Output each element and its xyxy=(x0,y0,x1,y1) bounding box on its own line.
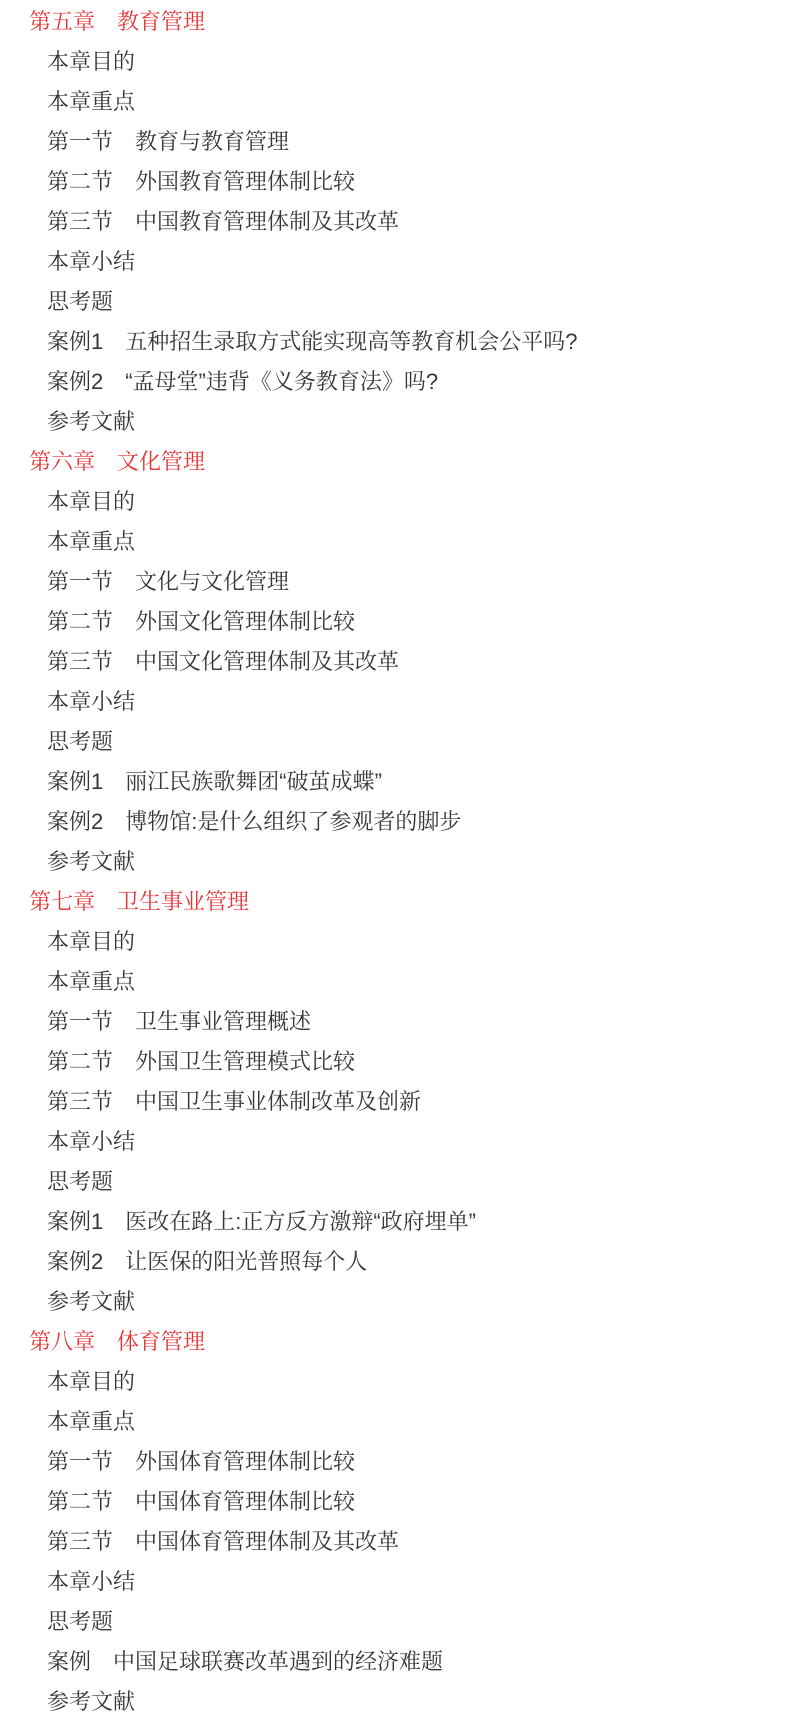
toc-item: 第三节 中国教育管理体制及其改革 xyxy=(0,202,790,242)
toc-item: 参考文献 xyxy=(0,402,790,442)
toc-item: 案例1 五种招生录取方式能实现高等教育机会公平吗? xyxy=(0,322,790,362)
toc-item: 第二节 中国体育管理体制比较 xyxy=(0,1482,790,1522)
toc-item: 案例1 医改在路上:正方反方激辩“政府埋单” xyxy=(0,1202,790,1242)
toc-item: 本章小结 xyxy=(0,682,790,722)
toc-item: 参考文献 xyxy=(0,842,790,882)
toc-item: 参考文献 xyxy=(0,1282,790,1322)
toc-item: 第一节 文化与文化管理 xyxy=(0,562,790,602)
toc-item: 本章目的 xyxy=(0,482,790,522)
toc-item: 案例 中国足球联赛改革遇到的经济难题 xyxy=(0,1642,790,1682)
toc-item: 案例2 “孟母堂”违背《义务教育法》吗? xyxy=(0,362,790,402)
chapter-section-8: 第八章 体育管理 本章目的 本章重点 第一节 外国体育管理体制比较 第二节 中国… xyxy=(0,1322,790,1720)
toc-item: 本章目的 xyxy=(0,42,790,82)
toc-item: 本章重点 xyxy=(0,962,790,1002)
toc-page: { "colors": { "chapter_title": "#e73437"… xyxy=(0,0,790,1720)
toc-item: 案例1 丽江民族歌舞团“破茧成蝶” xyxy=(0,762,790,802)
toc-item: 思考题 xyxy=(0,722,790,762)
chapter-section-7: 第七章 卫生事业管理 本章目的 本章重点 第一节 卫生事业管理概述 第二节 外国… xyxy=(0,882,790,1322)
toc-item: 第一节 卫生事业管理概述 xyxy=(0,1002,790,1042)
toc-item: 本章小结 xyxy=(0,242,790,282)
toc-item: 第一节 教育与教育管理 xyxy=(0,122,790,162)
toc-item: 第二节 外国文化管理体制比较 xyxy=(0,602,790,642)
chapter-section-6: 第六章 文化管理 本章目的 本章重点 第一节 文化与文化管理 第二节 外国文化管… xyxy=(0,442,790,882)
toc-item: 第三节 中国卫生事业体制改革及创新 xyxy=(0,1082,790,1122)
toc-item: 案例2 博物馆:是什么组织了参观者的脚步 xyxy=(0,802,790,842)
toc-item: 思考题 xyxy=(0,1602,790,1642)
toc-item: 本章重点 xyxy=(0,82,790,122)
chapter-section-5: 第五章 教育管理 本章目的 本章重点 第一节 教育与教育管理 第二节 外国教育管… xyxy=(0,2,790,442)
toc-item: 思考题 xyxy=(0,1162,790,1202)
toc-item: 本章重点 xyxy=(0,1402,790,1442)
toc-item: 第三节 中国文化管理体制及其改革 xyxy=(0,642,790,682)
toc-item: 本章小结 xyxy=(0,1122,790,1162)
toc-item: 第二节 外国教育管理体制比较 xyxy=(0,162,790,202)
chapter-title: 第六章 文化管理 xyxy=(0,442,790,482)
chapter-title: 第八章 体育管理 xyxy=(0,1322,790,1362)
table-of-contents: 第五章 教育管理 本章目的 本章重点 第一节 教育与教育管理 第二节 外国教育管… xyxy=(0,0,790,1720)
toc-item: 案例2 让医保的阳光普照每个人 xyxy=(0,1242,790,1282)
toc-item: 本章目的 xyxy=(0,1362,790,1402)
chapter-title: 第五章 教育管理 xyxy=(0,2,790,42)
chapter-title: 第七章 卫生事业管理 xyxy=(0,882,790,922)
toc-item: 第三节 中国体育管理体制及其改革 xyxy=(0,1522,790,1562)
toc-item: 参考文献 xyxy=(0,1682,790,1720)
toc-item: 本章目的 xyxy=(0,922,790,962)
toc-item: 第二节 外国卫生管理模式比较 xyxy=(0,1042,790,1082)
toc-item: 本章小结 xyxy=(0,1562,790,1602)
toc-item: 思考题 xyxy=(0,282,790,322)
toc-item: 第一节 外国体育管理体制比较 xyxy=(0,1442,790,1482)
toc-item: 本章重点 xyxy=(0,522,790,562)
